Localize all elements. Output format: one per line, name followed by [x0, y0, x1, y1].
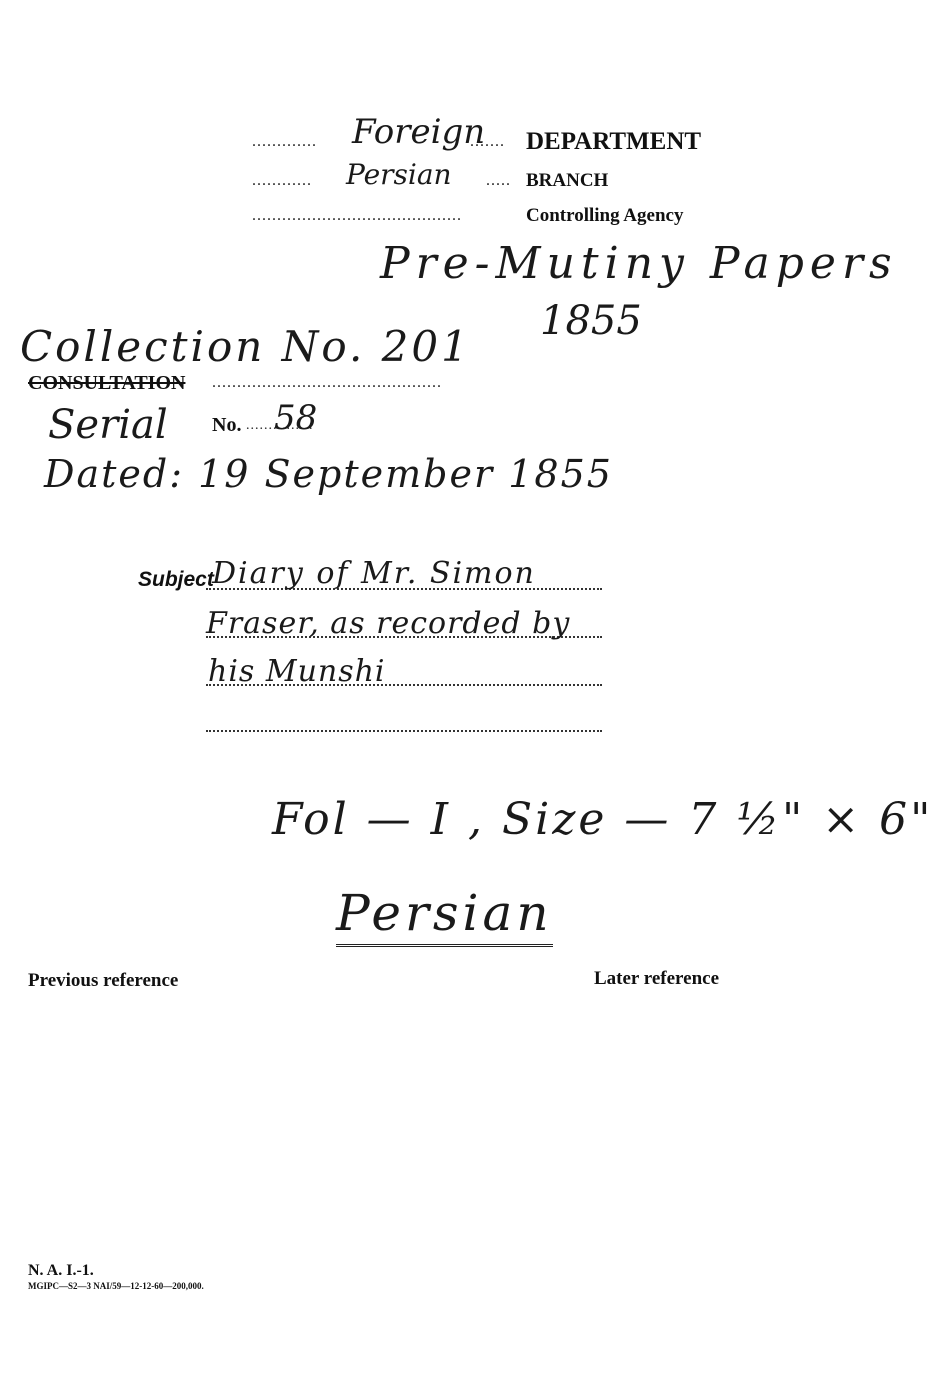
serial-no-label: No. — [212, 414, 241, 437]
department-dots: ............. — [252, 133, 317, 151]
department-label: DEPARTMENT — [526, 128, 701, 156]
previous-reference-label: Previous reference — [28, 970, 178, 992]
print-code: MGIPC—S2—3 NAI/59—12-12-60—200,000. — [28, 1281, 204, 1291]
subject-line-3-text: his Munshi — [208, 654, 386, 689]
subject-line-2-text: Fraser, as recorded by — [206, 606, 570, 641]
department-dots-2: ....... — [470, 133, 505, 151]
branch-dots-2: ..... — [486, 172, 511, 190]
language-note: Persian — [336, 884, 553, 947]
branch-handwritten: Persian — [346, 158, 452, 191]
subject-line-4 — [206, 730, 602, 732]
consultation-label: CONSULTATION — [28, 372, 185, 395]
agency-dots: ........................................… — [252, 207, 462, 225]
pre-mutiny-annotation: Pre-Mutiny Papers — [380, 238, 898, 289]
branch-dots: ............ — [252, 172, 312, 190]
subject-label: Subject — [138, 568, 214, 592]
branch-label: BRANCH — [526, 170, 608, 192]
consultation-dots: ........................................… — [212, 374, 442, 392]
collection-number: Collection No. 201 — [20, 322, 471, 371]
controlling-agency-label: Controlling Agency — [526, 205, 683, 227]
year-annotation: 1855 — [540, 298, 642, 344]
subject-line-1-text: Diary of Mr. Simon — [212, 556, 536, 591]
department-handwritten: Foreign — [352, 112, 485, 152]
serial-value: 58 — [274, 398, 317, 438]
serial-handwritten: Serial — [48, 402, 168, 448]
form-code: N. A. I.-1. — [28, 1262, 94, 1280]
later-reference-label: Later reference — [594, 968, 719, 990]
folio-size-note: Fol — I , Size — 7 ½" × 6" — [272, 794, 933, 845]
dated-handwritten: Dated: 19 September 1855 — [44, 452, 613, 496]
